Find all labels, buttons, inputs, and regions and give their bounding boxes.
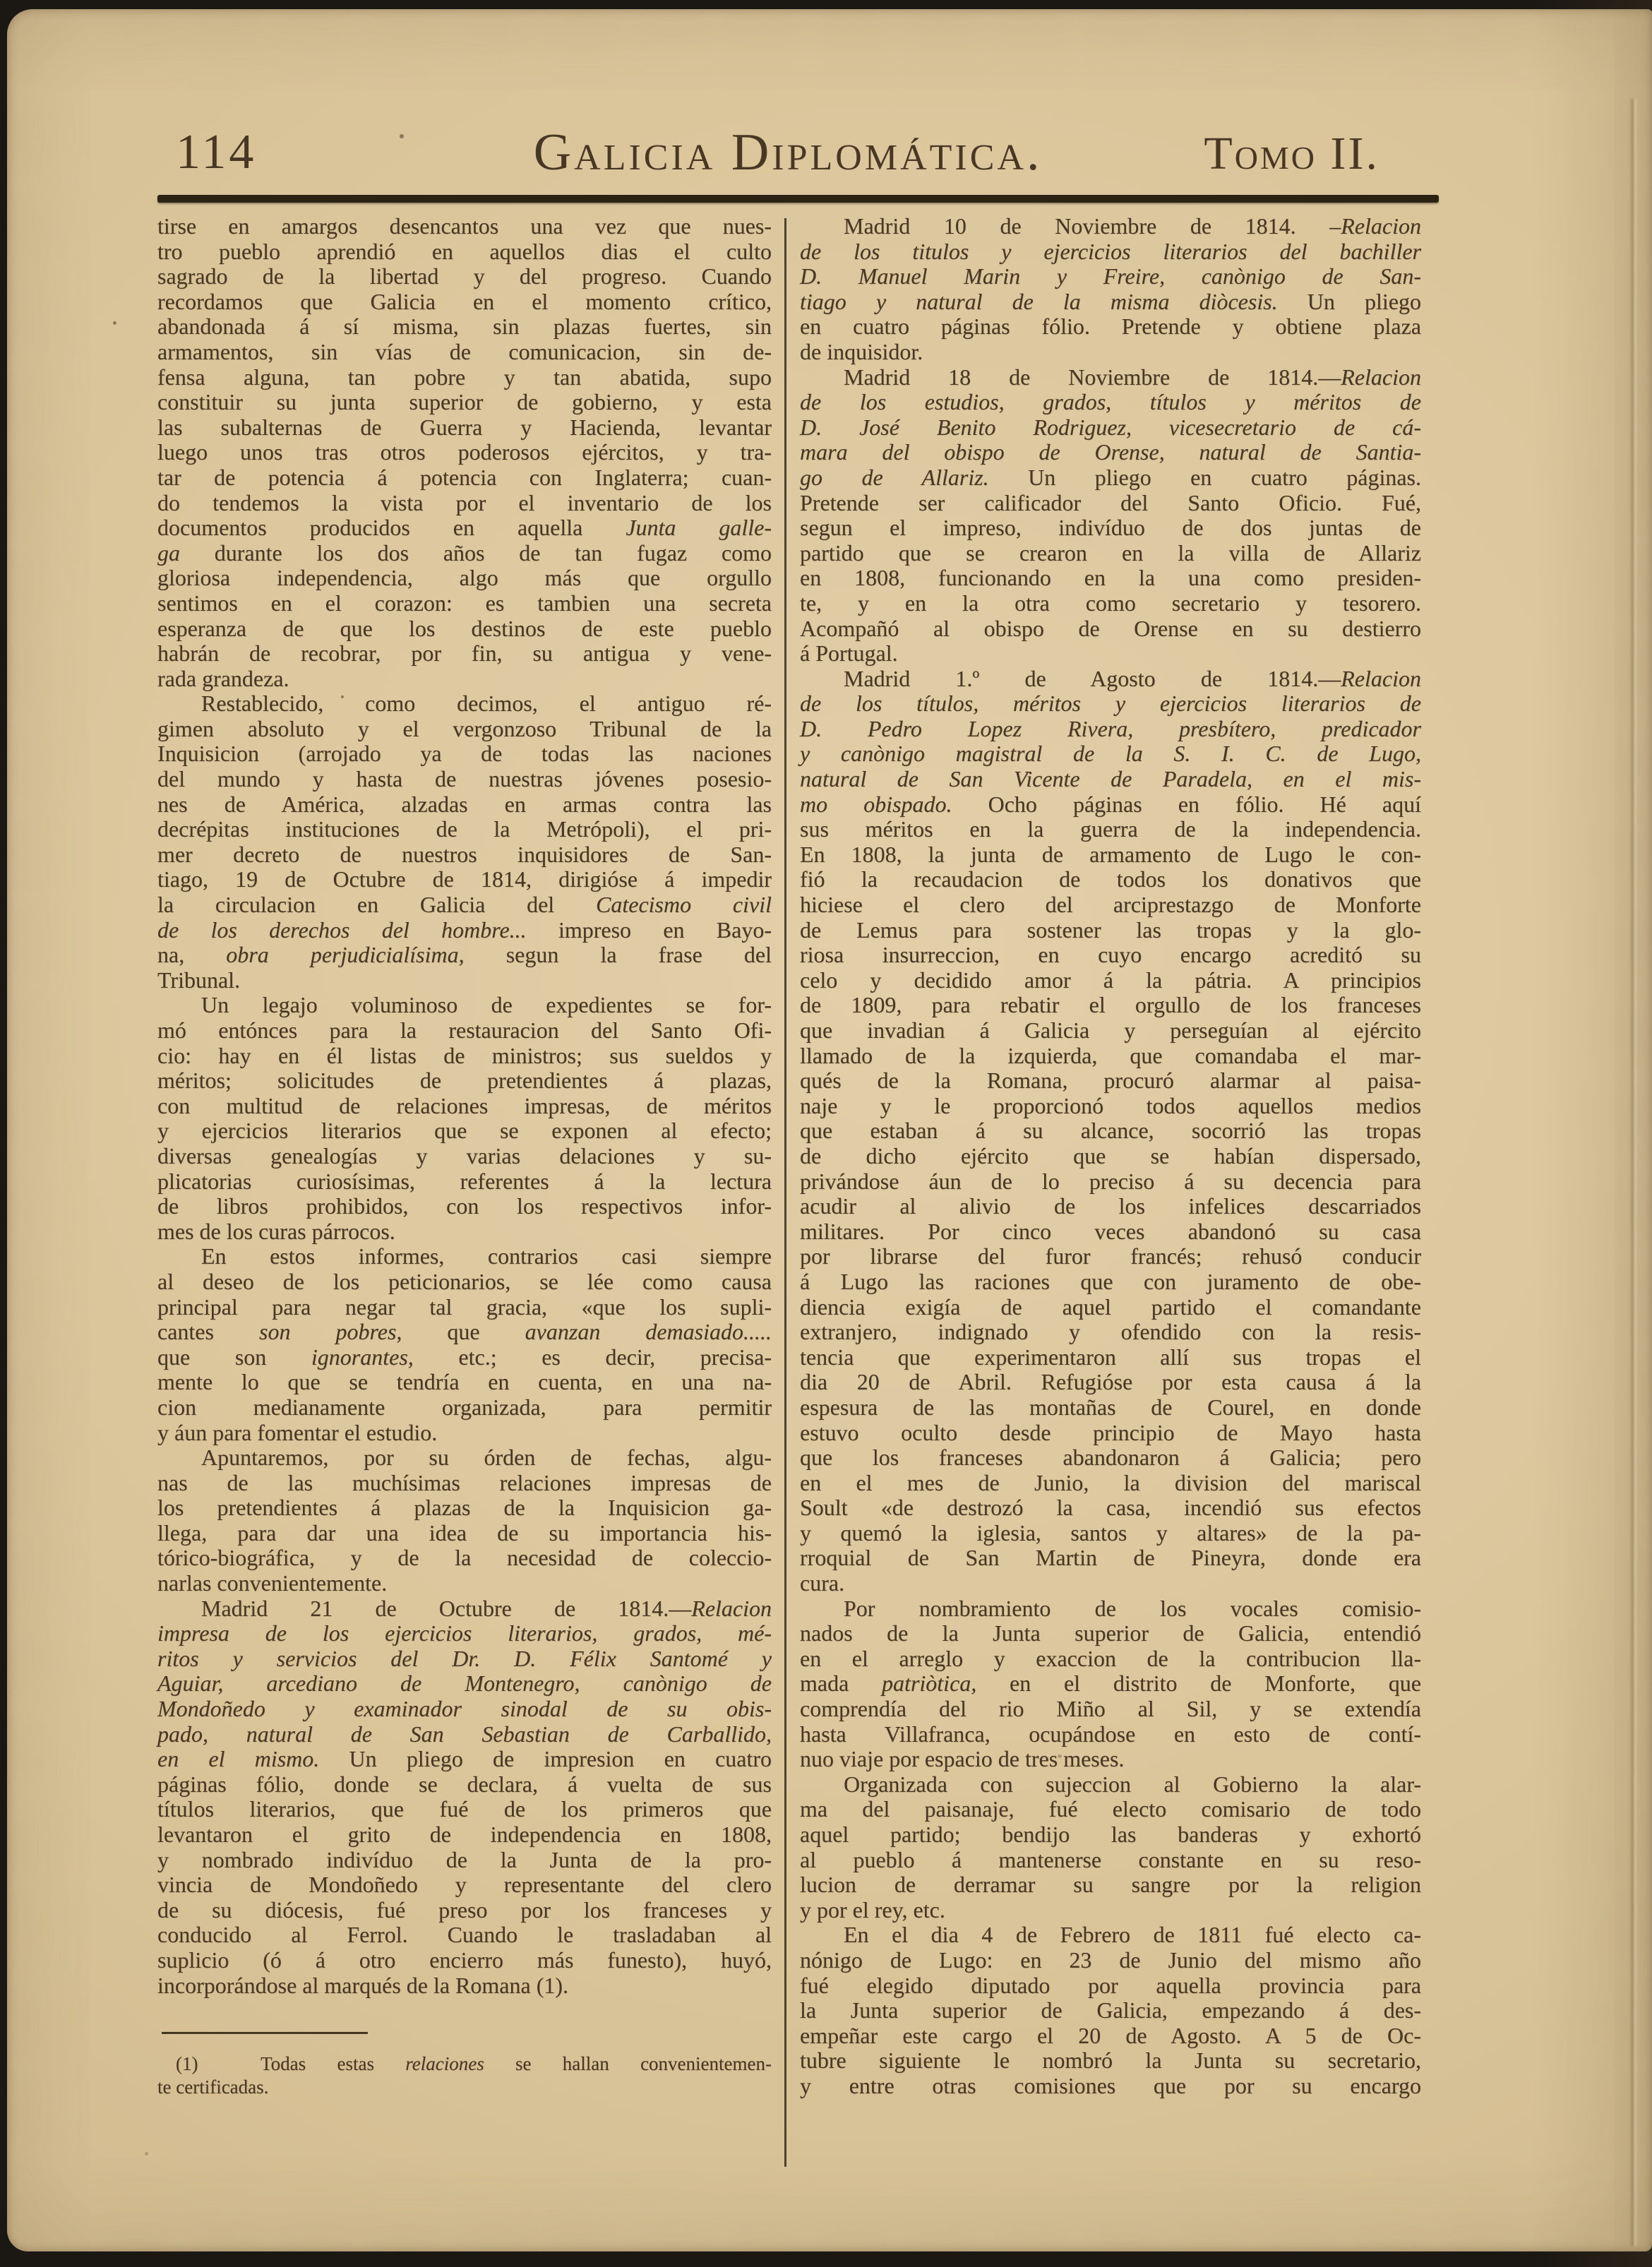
italic-run: Junta galle- xyxy=(626,515,772,540)
text-line: Madrid 21 de Octubre de 1814.—Relacion xyxy=(157,1596,772,1622)
text-run: riosa insurreccion, en cuyo encargo acre… xyxy=(800,942,1421,967)
text-run: na, xyxy=(157,942,226,967)
text-run: las subalternas de Guerra y Hacienda, le… xyxy=(157,414,772,440)
paragraph: Madrid 1.º de Agosto de 1814.—Relacionde… xyxy=(800,666,1421,1596)
text-run: etc.; es decir, precisa- xyxy=(414,1344,772,1370)
text-line: abandonada á sí misma, sin plazas fuerte… xyxy=(157,314,772,340)
text-line: documentos producidos en aquella Junta g… xyxy=(157,515,772,541)
italic-run: tiago y natural de la misma diòcesis. xyxy=(800,289,1278,314)
text-run: páginas fólio, donde se declara, á vuelt… xyxy=(157,1771,772,1797)
text-run: En el dia 4 de Febrero de 1811 fué elect… xyxy=(844,1922,1421,1947)
text-run: en el mes de Junio, la division del mari… xyxy=(800,1470,1421,1495)
text-line: gimen absoluto y el vergonzoso Tribunal … xyxy=(157,717,772,742)
journal-title: Galicia Diplomática. xyxy=(534,123,1043,183)
text-line: Por nombramiento de los vocales comisio- xyxy=(800,1596,1421,1622)
text-line: páginas fólio, donde se declara, á vuelt… xyxy=(157,1772,772,1798)
text-line: Pretende ser calificador del Santo Ofici… xyxy=(800,491,1421,516)
text-line: tiago, 19 de Octubre de 1814, dirigióse … xyxy=(157,867,772,892)
text-run: diencia exigía de aquel partido el coman… xyxy=(800,1294,1421,1320)
text-line: constituir su junta superior de gobierno… xyxy=(157,390,772,415)
text-run: empeñar este cargo el 20 de Agosto. A 5 … xyxy=(800,2023,1421,2048)
text-line: las subalternas de Guerra y Hacienda, le… xyxy=(157,415,772,441)
text-run: Acompañó al obispo de Orense en su desti… xyxy=(800,616,1421,641)
text-run: nuo viaje por espacio de tres meses. xyxy=(800,1746,1124,1771)
text-line: extranjero, indignado y ofendido con la … xyxy=(800,1320,1421,1345)
text-run: del mundo y hasta de nuestras jóvenes po… xyxy=(157,766,772,791)
paragraph: tirse en amargos desencantos una vez que… xyxy=(157,214,772,691)
text-run: los pretendientes á plazas de la Inquisi… xyxy=(157,1495,772,1520)
scanned-page: 114 Galicia Diplomática. Tomo II. tirse … xyxy=(0,0,1652,2267)
text-run: constituir su junta superior de gobierno… xyxy=(157,389,772,414)
text-line: nados de la Junta superior de Galicia, e… xyxy=(800,1621,1421,1646)
text-run: y entre otras comisiones que por su enca… xyxy=(800,2073,1421,2098)
text-line: cantes son pobres, que avanzan demasiado… xyxy=(157,1320,772,1345)
text-run: nes de América, alzadas en armas contra … xyxy=(157,791,772,817)
text-line: llamado de la izquierda, que comandaba e… xyxy=(800,1043,1421,1069)
text-line: del mundo y hasta de nuestras jóvenes po… xyxy=(157,767,772,792)
paper-speck xyxy=(113,321,116,325)
text-line: rroquial de San Martin de Pineyra, donde… xyxy=(800,1545,1421,1571)
text-run: Soult «de destrozó la casa, incendió sus… xyxy=(800,1495,1421,1520)
text-line: impresa de los ejercicios literarios, gr… xyxy=(157,1621,772,1646)
text-run: la Junta superior de Galicia, empezando … xyxy=(800,1997,1421,2023)
text-run: y áun para fomentar el estudio. xyxy=(157,1420,437,1445)
text-line: En el dia 4 de Febrero de 1811 fué elect… xyxy=(800,1922,1421,1948)
text-run: que invadian á Galicia y perseguían al e… xyxy=(800,1017,1421,1043)
text-run: Madrid 10 de Noviembre de 1814. – xyxy=(844,213,1341,239)
paragraph: Restablecido, como decimos, el antiguo r… xyxy=(157,691,772,993)
text-run: cura. xyxy=(800,1570,844,1596)
left-column-text: tirse en amargos desencantos una vez que… xyxy=(157,214,772,1998)
text-run: abandonada á sí misma, sin plazas fuerte… xyxy=(157,313,772,339)
text-run: Un pliego en cuatro páginas. xyxy=(989,465,1421,490)
text-run: nados de la Junta superior de Galicia, e… xyxy=(800,1620,1421,1646)
text-run: armamentos, sin vías de comunicacion, si… xyxy=(157,339,772,364)
text-run: ma del paisanaje, fué electo comisario d… xyxy=(800,1796,1421,1822)
text-run: que estaban á su alcance, socorrió las t… xyxy=(800,1118,1421,1143)
text-run: militares. Por cinco veces abandonó su c… xyxy=(800,1219,1421,1244)
text-run: títulos literarios, que fué de los prime… xyxy=(157,1796,772,1822)
text-line: mo obispado. Ocho páginas en fólio. Hé a… xyxy=(800,792,1421,818)
text-run: mer decreto de nuestros inquisidores de … xyxy=(157,842,772,867)
text-run: Por nombramiento de los vocales comisio- xyxy=(844,1596,1421,1621)
text-run: de dicho ejército que se habían dispersa… xyxy=(800,1143,1421,1168)
column-divider xyxy=(772,214,800,2099)
text-run: partido que se crearon en la villa de Al… xyxy=(800,540,1421,566)
text-line: mente lo que se tendría en cuenta, en un… xyxy=(157,1370,772,1395)
text-run: y ejercicios literarios que se exponen a… xyxy=(157,1118,772,1143)
text-line: ma del paisanaje, fué electo comisario d… xyxy=(800,1797,1421,1822)
paragraph: Organizada con sujeccion al Gobierno la … xyxy=(800,1772,1421,1923)
paragraph: Madrid 18 de Noviembre de 1814.—Relacion… xyxy=(800,365,1421,666)
text-line: Madrid 1.º de Agosto de 1814.—Relacion xyxy=(800,666,1421,692)
text-line: vincia de Mondoñedo y representante del … xyxy=(157,1872,772,1898)
text-run: plicatorias curiosísimas, referentes á l… xyxy=(157,1168,772,1194)
text-line: plicatorias curiosísimas, referentes á l… xyxy=(157,1169,772,1195)
text-line: nas de las muchísimas relaciones impresa… xyxy=(157,1471,772,1496)
text-line: mer decreto de nuestros inquisidores de … xyxy=(157,842,772,868)
text-line: de los estudios, grados, títulos y mérit… xyxy=(800,390,1421,415)
text-line: segun el impreso, indivíduo de dos junta… xyxy=(800,515,1421,541)
italic-run: en el mismo. xyxy=(157,1746,319,1771)
text-run: sagrado de la libertad y del progreso. C… xyxy=(157,263,772,289)
text-line: celo y decidido amor á la pátria. A prin… xyxy=(800,968,1421,993)
text-run: extranjero, indignado y ofendido con la … xyxy=(800,1319,1421,1344)
paragraph: En estos informes, contrarios casi siemp… xyxy=(157,1244,772,1445)
text-line: fué elegido diputado por aquella provinc… xyxy=(800,1973,1421,1999)
text-run: llamado de la izquierda, que comandaba e… xyxy=(800,1043,1421,1068)
text-run: dia 20 de Abril. Refugióse por esta caus… xyxy=(800,1369,1421,1394)
text-line: En estos informes, contrarios casi siemp… xyxy=(157,1244,772,1269)
text-run: tubre siguiente le nombró la Junta su se… xyxy=(800,2047,1421,2073)
text-line: Acompañó al obispo de Orense en su desti… xyxy=(800,616,1421,642)
text-line: empeñar este cargo el 20 de Agosto. A 5 … xyxy=(800,2023,1421,2049)
text-line: Madrid 18 de Noviembre de 1814.—Relacion xyxy=(800,365,1421,390)
text-run: tiago, 19 de Octubre de 1814, dirigióse … xyxy=(157,866,772,892)
text-run: Apuntaremos, por su órden de fechas, alg… xyxy=(201,1444,772,1470)
text-run: rroquial de San Martin de Pineyra, donde… xyxy=(800,1545,1421,1570)
text-run: principal para negar tal gracia, «que lo… xyxy=(157,1294,772,1320)
text-line: rada grandeza. xyxy=(157,666,772,692)
text-line: tar de potencia á potencia con Inglaterr… xyxy=(157,465,772,491)
text-line: con multitud de relaciones impresas, de … xyxy=(157,1094,772,1119)
text-line: mó entónces para la restauracion del San… xyxy=(157,1018,772,1043)
text-run: sus méritos en la guerra de la independe… xyxy=(800,816,1421,842)
text-run: Un legajo voluminoso de expedientes se f… xyxy=(201,992,772,1017)
text-line: nuo viaje por espacio de tres meses. xyxy=(800,1747,1421,1772)
text-run: luego unos tras otros poderosos ejército… xyxy=(157,439,772,465)
text-run: Un pliego xyxy=(1278,289,1421,314)
text-run: al deseo de los peticionarios, se lée co… xyxy=(157,1269,772,1294)
left-column: tirse en amargos desencantos una vez que… xyxy=(157,214,772,2099)
paragraph: Madrid 21 de Octubre de 1814.—Relacionim… xyxy=(157,1596,772,1999)
text-line: Inquisicion (arrojado ya de todas las na… xyxy=(157,741,772,767)
text-run: á Lugo las raciones que con juramento de… xyxy=(800,1269,1421,1294)
paper-speck xyxy=(145,2152,148,2155)
italic-run: Mondoñedo y examinador sinodal de su obi… xyxy=(157,1696,772,1721)
text-run: En estos informes, contrarios casi siemp… xyxy=(201,1243,772,1269)
text-line: diversas genealogías y varias delaciones… xyxy=(157,1144,772,1169)
text-run: nónigo de Lugo: en 23 de Junio del mismo… xyxy=(800,1947,1421,1973)
text-line: y entre otras comisiones que por su enca… xyxy=(800,2074,1421,2099)
text-run: mada xyxy=(800,1670,882,1696)
text-line: D. José Benito Rodriguez, vicesecretario… xyxy=(800,415,1421,441)
text-line: acudir al alivio de los infelices descar… xyxy=(800,1194,1421,1219)
footnote-separator xyxy=(162,2032,368,2034)
text-run: durante los dos años de tan fugaz como xyxy=(180,540,772,566)
text-line: Soult «de destrozó la casa, incendió sus… xyxy=(800,1495,1421,1521)
text-run: tirse en amargos desencantos una vez que… xyxy=(157,213,772,239)
text-line: por librarse del furor francés; rehusó c… xyxy=(800,1244,1421,1269)
italic-run: go de Allariz. xyxy=(800,465,989,490)
text-line: qués de la Romana, procuró alarmar al pa… xyxy=(800,1068,1421,1094)
text-line: ga durante los dos años de tan fugaz com… xyxy=(157,541,772,566)
text-line: partido que se crearon en la villa de Al… xyxy=(800,541,1421,566)
text-line: naje y le proporcionó todos aquellos med… xyxy=(800,1094,1421,1119)
text-run: por librarse del furor francés; rehusó c… xyxy=(800,1243,1421,1269)
footnote: (1) Todas estas relaciones se hallan con… xyxy=(157,2032,772,2099)
text-run: de 1809, para rebatir el orgullo de los … xyxy=(800,992,1421,1017)
text-line: de inquisidor. xyxy=(800,340,1421,365)
text-line: en 1808, funcionando en la una como pres… xyxy=(800,566,1421,591)
text-run: mes de los curas párrocos. xyxy=(157,1219,395,1244)
italic-run: Relacion xyxy=(691,1596,772,1621)
text-run: qués de la Romana, procuró alarmar al pa… xyxy=(800,1067,1421,1093)
text-run: fió la recaudacion de todos los donativo… xyxy=(800,866,1421,892)
text-line: riosa insurreccion, en cuyo encargo acre… xyxy=(800,943,1421,968)
italic-run: Relacion xyxy=(1341,213,1421,239)
text-run: rada grandeza. xyxy=(157,666,289,691)
text-run: narlas convenientemente. xyxy=(157,1570,387,1596)
text-line: estuvo oculto desde principio de Mayo ha… xyxy=(800,1420,1421,1446)
text-run: en el arreglo y exaccion de la contribuc… xyxy=(800,1646,1421,1671)
text-line: dia 20 de Abril. Refugióse por esta caus… xyxy=(800,1370,1421,1395)
text-run: tórico-biográfica, y de la necesidad de … xyxy=(157,1545,772,1570)
text-line: en el mismo. Un pliego de impresion en c… xyxy=(157,1747,772,1772)
text-line: natural de San Vicente de Paradela, en e… xyxy=(800,767,1421,792)
text-line: la Junta superior de Galicia, empezando … xyxy=(800,1998,1421,2023)
text-run: Ocho páginas en fólio. Hé aquí xyxy=(952,791,1421,817)
text-run: habrán de recobrar, por fin, su antigua … xyxy=(157,640,772,666)
text-line: de su diócesis, fué preso por los france… xyxy=(157,1898,772,1923)
text-run: se hallan convenientemen- xyxy=(484,2053,772,2074)
text-run: Pretende ser calificador del Santo Ofici… xyxy=(800,490,1421,515)
text-run: sentimos en el corazon: es tambien una s… xyxy=(157,590,772,616)
text-run: y nombrado indivíduo de la Junta de la p… xyxy=(157,1847,772,1872)
italic-run: de los titulos y ejercicios literarios d… xyxy=(800,239,1421,264)
text-line: mada patriòtica, en el distrito de Monfo… xyxy=(800,1671,1421,1697)
text-run: segun la frase del xyxy=(465,942,772,967)
text-line: fió la recaudacion de todos los donativo… xyxy=(800,867,1421,892)
text-line: tro pueblo aprendió en aquellos dias el … xyxy=(157,239,772,265)
text-line: que estaban á su alcance, socorrió las t… xyxy=(800,1118,1421,1144)
text-line: go de Allariz. Un pliego en cuatro págin… xyxy=(800,465,1421,491)
text-line: de los títulos, méritos y ejercicios lit… xyxy=(800,691,1421,717)
text-line: do tendemos la vista por el inventario d… xyxy=(157,491,772,516)
text-run: te, y en la otra como secretario y tesor… xyxy=(800,590,1421,616)
italic-run: de los derechos del hombre... xyxy=(157,917,527,943)
paragraph: Madrid 10 de Noviembre de 1814. –Relacio… xyxy=(800,214,1421,365)
italic-run: D. José Benito Rodriguez, vicesecretario… xyxy=(800,414,1421,440)
text-run: aquel partido; bendijo las banderas y ex… xyxy=(800,1822,1421,1847)
text-line: decrépitas instituciones de la Metrópoli… xyxy=(157,817,772,842)
italic-run: D. Manuel Marin y Freire, canònigo de Sa… xyxy=(800,263,1421,289)
text-run: á Portugal. xyxy=(800,640,898,666)
italic-run: ritos y servicios del Dr. D. Félix Santo… xyxy=(157,1646,772,1671)
text-line: la circulacion en Galicia del Catecismo … xyxy=(157,892,772,918)
text-run: espesura de las montañas de Courel, en d… xyxy=(800,1394,1421,1420)
italic-run: natural de San Vicente de Paradela, en e… xyxy=(800,766,1421,791)
text-run: de libros prohibidos, con los respectivo… xyxy=(157,1193,772,1219)
italic-run: pado, natural de San Sebastian de Carbal… xyxy=(157,1721,772,1747)
text-run: documentos producidos en aquella xyxy=(157,515,626,540)
text-columns: tirse en amargos desencantos una vez que… xyxy=(157,214,1439,2099)
italic-run: Catecismo civil xyxy=(596,892,772,917)
text-run: do tendemos la vista por el inventario d… xyxy=(157,490,772,515)
text-run: hiciese el clero del arciprestazgo de Mo… xyxy=(800,892,1421,917)
text-run: Organizada con sujeccion al Gobierno la … xyxy=(844,1771,1421,1797)
text-run: Inquisicion (arrojado ya de todas las na… xyxy=(157,741,772,766)
paragraph: Por nombramiento de los vocales comisio-… xyxy=(800,1596,1421,1772)
text-run: y quemó la iglesia, santos y altares» de… xyxy=(800,1520,1421,1545)
italic-run: son pobres, xyxy=(259,1319,402,1344)
text-line: en cuatro páginas fólio. Pretende y obti… xyxy=(800,314,1421,340)
text-line: privándose áun de lo preciso á su decenc… xyxy=(800,1169,1421,1195)
text-run: méritos; solicitudes de pretendientes á … xyxy=(157,1067,772,1093)
text-line: esperanza de que los destinos de este pu… xyxy=(157,616,772,642)
italic-run: ga xyxy=(157,540,180,566)
text-run: Un pliego de impresion en cuatro xyxy=(319,1746,772,1771)
paragraph: Apuntaremos, por su órden de fechas, alg… xyxy=(157,1445,772,1596)
text-line: Tribunal. xyxy=(157,968,772,993)
text-run: que son xyxy=(157,1344,311,1370)
footnote-text: (1) Todas estas relaciones se hallan con… xyxy=(157,2052,772,2099)
text-line: Mondoñedo y examinador sinodal de su obi… xyxy=(157,1697,772,1722)
text-run: en cuatro páginas fólio. Pretende y obti… xyxy=(800,313,1421,339)
text-line: suplicio (ó á otro encierro más funesto)… xyxy=(157,1948,772,1973)
text-run: cion medianamente organizada, para permi… xyxy=(157,1394,772,1420)
text-run: gloriosa independencia, algo más que org… xyxy=(157,565,772,590)
text-line: y áun para fomentar el estudio. xyxy=(157,1420,772,1446)
right-column: Madrid 10 de Noviembre de 1814. –Relacio… xyxy=(800,214,1421,2099)
text-line: que invadian á Galicia y perseguían al e… xyxy=(800,1018,1421,1043)
text-run: naje y le proporcionó todos aquellos med… xyxy=(800,1093,1421,1118)
text-line: tubre siguiente le nombró la Junta su se… xyxy=(800,2048,1421,2074)
text-line: luego unos tras otros poderosos ejército… xyxy=(157,440,772,465)
text-line: tiago y natural de la misma diòcesis. Un… xyxy=(800,289,1421,315)
italic-run: D. Pedro Lopez Rivera, presbítero, predi… xyxy=(800,716,1421,741)
text-line: D. Pedro Lopez Rivera, presbítero, predi… xyxy=(800,717,1421,742)
text-line: de dicho ejército que se habían dispersa… xyxy=(800,1144,1421,1169)
text-run: de Lemus para sostener las tropas y la g… xyxy=(800,917,1421,943)
text-line: los pretendientes á plazas de la Inquisi… xyxy=(157,1495,772,1521)
text-run: incorporándose al marqués de la Romana (… xyxy=(157,1973,568,1998)
text-run: recordamos que Galicia en el momento crí… xyxy=(157,289,772,314)
text-line: levantaron el grito de independencia en … xyxy=(157,1822,772,1848)
text-line: tirse en amargos desencantos una vez que… xyxy=(157,214,772,239)
italic-run: y canònigo magistral de la S. I. C. de L… xyxy=(800,741,1421,766)
text-run: privándose áun de lo preciso á su decenc… xyxy=(800,1168,1421,1194)
text-run: Madrid 21 de Octubre de 1814.— xyxy=(201,1596,691,1621)
paragraph: (1) Todas estas relaciones se hallan con… xyxy=(157,2052,772,2099)
volume-label: Tomo II. xyxy=(1204,127,1379,181)
text-line: cura. xyxy=(800,1571,1421,1596)
text-run: impreso en Bayo- xyxy=(527,917,772,943)
italic-run: de los estudios, grados, títulos y mérit… xyxy=(800,389,1421,414)
text-line: incorporándose al marqués de la Romana (… xyxy=(157,1973,772,1999)
text-run: levantaron el grito de independencia en … xyxy=(157,1822,772,1847)
text-run: Madrid 1.º de Agosto de 1814.— xyxy=(844,666,1341,691)
text-line: ritos y servicios del Dr. D. Félix Santo… xyxy=(157,1646,772,1672)
italic-run: de los títulos, méritos y ejercicios lit… xyxy=(800,690,1421,716)
text-line: (1) Todas estas relaciones se hallan con… xyxy=(157,2052,772,2076)
text-run: de inquisidor. xyxy=(800,339,923,364)
text-line: narlas convenientemente. xyxy=(157,1571,772,1596)
italic-run: impresa de los ejercicios literarios, gr… xyxy=(157,1620,772,1646)
text-run: de su diócesis, fué preso por los france… xyxy=(157,1897,772,1922)
text-run: comprendía del rio Miño al Sil, y se ext… xyxy=(800,1696,1421,1721)
page-number: 114 xyxy=(176,124,256,181)
text-line: Un legajo voluminoso de expedientes se f… xyxy=(157,993,772,1018)
text-run: esperanza de que los destinos de este pu… xyxy=(157,616,772,641)
text-line: gloriosa independencia, algo más que org… xyxy=(157,566,772,591)
text-run: tar de potencia á potencia con Inglaterr… xyxy=(157,465,772,490)
text-line: hiciese el clero del arciprestazgo de Mo… xyxy=(800,892,1421,918)
text-run: fué elegido diputado por aquella provinc… xyxy=(800,1973,1421,1998)
text-line: militares. Por cinco veces abandonó su c… xyxy=(800,1219,1421,1245)
text-line: nes de América, alzadas en armas contra … xyxy=(157,792,772,818)
text-line: y ejercicios literarios que se exponen a… xyxy=(157,1118,772,1144)
text-run: en el distrito de Monforte, que xyxy=(976,1670,1421,1696)
text-line: al pueblo á mantenerse constante en su r… xyxy=(800,1848,1421,1873)
text-line: que los franceses abandonaron á Galicia;… xyxy=(800,1445,1421,1471)
text-run: nas de las muchísimas relaciones impresa… xyxy=(157,1470,772,1495)
text-run: diversas genealogías y varias delaciones… xyxy=(157,1143,772,1168)
italic-run: avanzan demasiado..... xyxy=(525,1319,772,1344)
italic-run: mo obispado. xyxy=(800,791,952,817)
text-line: hasta Villafranca, ocupándose en esto de… xyxy=(800,1722,1421,1747)
text-line: nónigo de Lugo: en 23 de Junio del mismo… xyxy=(800,1948,1421,1973)
text-line: mes de los curas párrocos. xyxy=(157,1219,772,1245)
text-run: te certificadas. xyxy=(157,2076,268,2098)
text-line: na, obra perjudicialísima, segun la fras… xyxy=(157,943,772,968)
italic-run: Relacion xyxy=(1341,666,1421,691)
italic-run: Aguiar, arcediano de Montenegro, canònig… xyxy=(157,1670,772,1696)
right-column-text: Madrid 10 de Noviembre de 1814. –Relacio… xyxy=(800,214,1421,2099)
text-line: y nombrado indivíduo de la Junta de la p… xyxy=(157,1848,772,1873)
text-line: recordamos que Galicia en el momento crí… xyxy=(157,289,772,315)
text-line: Aguiar, arcediano de Montenegro, canònig… xyxy=(157,1671,772,1697)
text-run: la circulacion en Galicia del xyxy=(157,892,596,917)
text-run: mente lo que se tendría en cuenta, en un… xyxy=(157,1369,772,1394)
text-line: Organizada con sujeccion al Gobierno la … xyxy=(800,1772,1421,1798)
text-line: cio: hay en él listas de ministros; sus … xyxy=(157,1043,772,1069)
text-run: (1) Todas estas xyxy=(176,2053,405,2074)
text-line: llega, para dar una idea de su importanc… xyxy=(157,1521,772,1546)
text-run: acudir al alivio de los infelices descar… xyxy=(800,1193,1421,1219)
text-line: de los derechos del hombre... impreso en… xyxy=(157,918,772,943)
italic-run: relaciones xyxy=(405,2053,484,2074)
text-run: Madrid 18 de Noviembre de 1814.— xyxy=(844,364,1341,390)
text-run: cio: hay en él listas de ministros; sus … xyxy=(157,1043,772,1068)
text-run: gimen absoluto y el vergonzoso Tribunal … xyxy=(157,716,772,741)
text-line: méritos; solicitudes de pretendientes á … xyxy=(157,1068,772,1094)
text-run: llega, para dar una idea de su importanc… xyxy=(157,1520,772,1545)
text-line: y quemó la iglesia, santos y altares» de… xyxy=(800,1521,1421,1546)
text-run: estuvo oculto desde principio de Mayo ha… xyxy=(800,1420,1421,1445)
text-run: con multitud de relaciones impresas, de … xyxy=(157,1093,772,1118)
italic-run: obra perjudicialísima, xyxy=(226,942,464,967)
text-line: Restablecido, como decimos, el antiguo r… xyxy=(157,691,772,717)
text-line: y por el rey, etc. xyxy=(800,1898,1421,1923)
text-line: títulos literarios, que fué de los prime… xyxy=(157,1797,772,1822)
text-line: Madrid 10 de Noviembre de 1814. –Relacio… xyxy=(800,214,1421,239)
italic-run: ignorantes, xyxy=(311,1344,414,1370)
text-line: al deseo de los peticionarios, se lée co… xyxy=(157,1269,772,1295)
text-line: á Lugo las raciones que con juramento de… xyxy=(800,1269,1421,1295)
text-run: al pueblo á mantenerse constante en su r… xyxy=(800,1847,1421,1872)
text-line: te, y en la otra como secretario y tesor… xyxy=(800,591,1421,616)
text-line: de 1809, para rebatir el orgullo de los … xyxy=(800,993,1421,1018)
text-run: que xyxy=(402,1319,525,1344)
text-line: tórico-biográfica, y de la necesidad de … xyxy=(157,1545,772,1571)
text-line: principal para negar tal gracia, «que lo… xyxy=(157,1295,772,1320)
text-run: segun el impreso, indivíduo de dos junta… xyxy=(800,515,1421,540)
text-line: conducido al Ferrol. Cuando le trasladab… xyxy=(157,1922,772,1948)
text-line: comprendía del rio Miño al Sil, y se ext… xyxy=(800,1697,1421,1722)
text-line: en el mes de Junio, la division del mari… xyxy=(800,1471,1421,1496)
text-line: sagrado de la libertad y del progreso. C… xyxy=(157,264,772,289)
